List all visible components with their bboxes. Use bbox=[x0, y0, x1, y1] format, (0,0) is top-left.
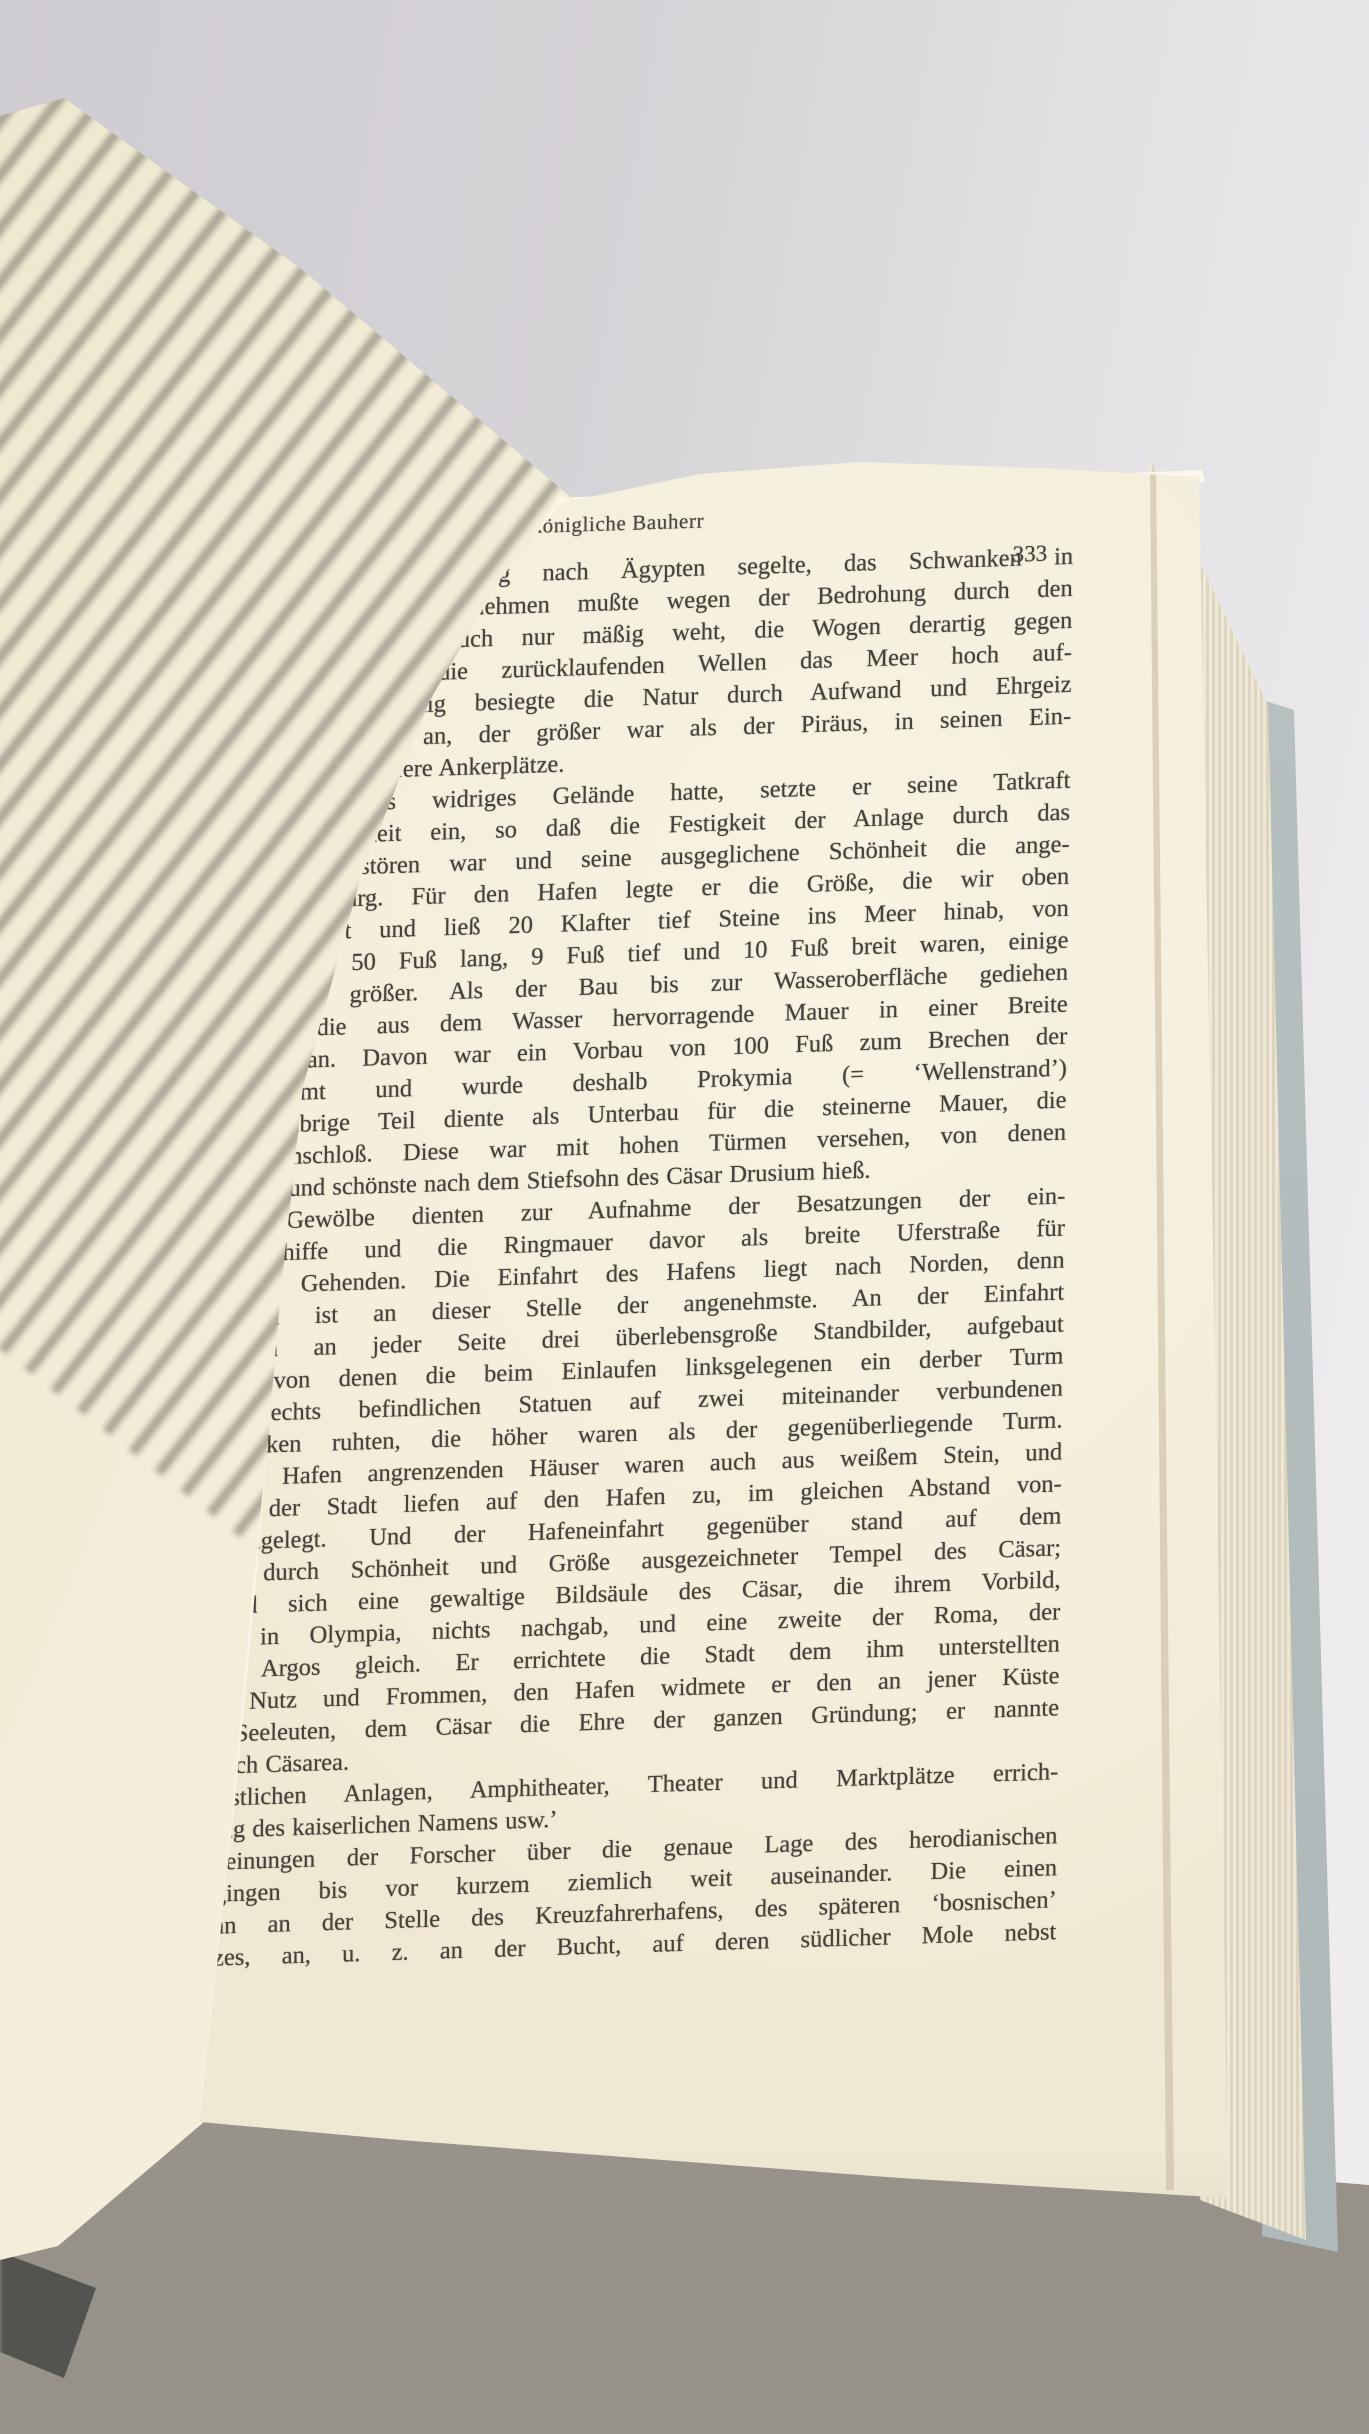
page-number: 333 bbox=[1012, 538, 1047, 571]
